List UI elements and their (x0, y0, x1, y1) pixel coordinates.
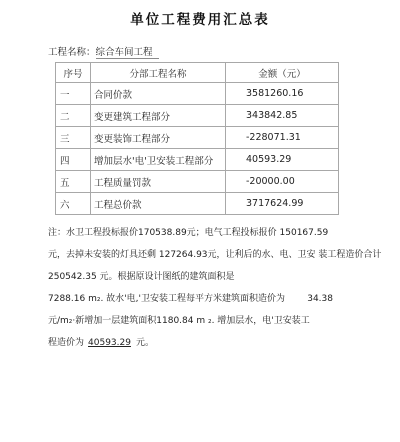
page-title: 单位工程费用汇总表 (0, 0, 400, 28)
row-name: 变更建筑工程部分 (91, 105, 226, 127)
cost-summary-table: 序号 分部工程名称 金额（元） 一 合同价款 3581260.16 二 变更建筑… (55, 62, 339, 215)
table-header-row: 序号 分部工程名称 金额（元） (56, 63, 339, 83)
header-name: 分部工程名称 (91, 63, 226, 83)
row-amount: 3581260.16 (226, 83, 339, 105)
note-line-4: 7288.16 m₂. 故水'电,'卫安装工程每平方米建筑面积造价为 34.38 (48, 288, 333, 310)
note-line-6-suffix: 元。 (136, 338, 154, 348)
note-line-2: 元，去掉未安装的灯具还剩 127264.93元，让利后的水、电、卫安 装工程造价… (48, 244, 340, 266)
table-row: 六 工程总价款 3717624.99 (56, 193, 339, 215)
table-row: 五 工程质量罚款 -20000.00 (56, 171, 339, 193)
note-line-4-value: 34.38 (307, 288, 333, 310)
row-no: 五 (56, 171, 91, 193)
row-amount: 3717624.99 (226, 193, 339, 215)
row-no: 六 (56, 193, 91, 215)
row-name: 工程质量罚款 (91, 171, 226, 193)
row-name: 合同价款 (91, 83, 226, 105)
row-no: 一 (56, 83, 91, 105)
row-amount: -20000.00 (226, 171, 339, 193)
project-name-value: 综合车间工程 (96, 47, 159, 59)
note-line-1: 注：水卫工程投标报价170538.89元；电气工程投标报价 150167.59 (48, 222, 340, 244)
note-line-6-amount: 40593.29 (88, 338, 131, 348)
row-amount: -228071.31 (226, 127, 339, 149)
note-line-5: 元/m₂·新增加一层建筑面积1180.84 m ₂. 增加层水，电'卫安装工 (48, 310, 340, 332)
note-line-3: 250542.35 元。根据原设计图纸的建筑面积是 (48, 266, 340, 288)
table-row: 三 变更装饰工程部分 -228071.31 (56, 127, 339, 149)
row-no: 四 (56, 149, 91, 171)
note-line-6-prefix: 程造价为 (48, 338, 84, 348)
row-name: 工程总价款 (91, 193, 226, 215)
table-row: 二 变更建筑工程部分 343842.85 (56, 105, 339, 127)
row-amount: 40593.29 (226, 149, 339, 171)
row-name: 变更装饰工程部分 (91, 127, 226, 149)
row-name: 增加层水'电'卫安装工程部分 (91, 149, 226, 171)
project-name-line: 工程名称：综合车间工程 (48, 44, 400, 58)
document-page: 单位工程费用汇总表 工程名称：综合车间工程 序号 分部工程名称 金额（元） 一 … (0, 0, 400, 442)
note-line-6: 程造价为40593.29元。 (48, 332, 340, 354)
row-no: 二 (56, 105, 91, 127)
header-amount: 金额（元） (226, 63, 339, 83)
table-row: 一 合同价款 3581260.16 (56, 83, 339, 105)
row-amount: 343842.85 (226, 105, 339, 127)
note-line-4-text: 7288.16 m₂. 故水'电,'卫安装工程每平方米建筑面积造价为 (48, 288, 285, 310)
table-row: 四 增加层水'电'卫安装工程部分 40593.29 (56, 149, 339, 171)
notes-section: 注：水卫工程投标报价170538.89元；电气工程投标报价 150167.59 … (48, 222, 340, 354)
project-name-label: 工程名称： (48, 47, 96, 58)
row-no: 三 (56, 127, 91, 149)
header-no: 序号 (56, 63, 91, 83)
